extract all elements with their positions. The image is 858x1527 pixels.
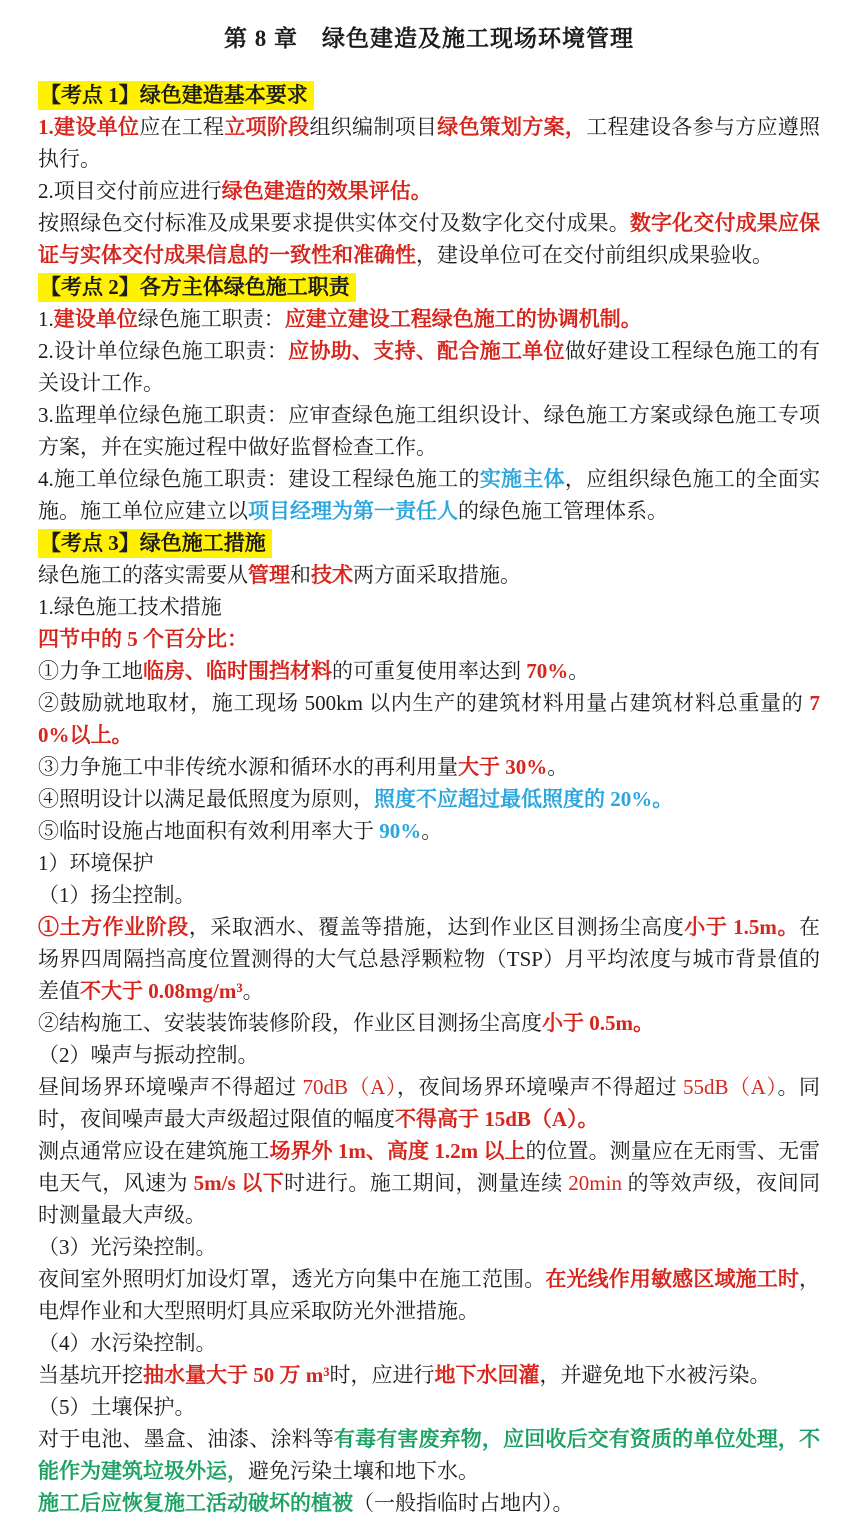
paragraph: ④照明设计以满足最低照度为原则，照度不应超过最低照度的 20%。 bbox=[38, 783, 820, 815]
text-run: ，夜间场界环境噪声不得超过 bbox=[397, 1075, 683, 1099]
paragraph: ③力争施工中非传统水源和循环水的再利用量大于 30%。 bbox=[38, 751, 820, 783]
text-run: ，并避免地下水被污染。 bbox=[540, 1363, 771, 1387]
text-run: 按照绿色交付标准及成果要求提供实体交付及数字化交付成果。 bbox=[38, 211, 630, 235]
text-run: ②鼓励就地取材，施工现场 500km 以内生产的建筑材料用量占建筑材料总重量的 bbox=[38, 691, 810, 715]
text-run: 组织编制项目 bbox=[309, 115, 437, 139]
text-run: 照度不应超过最低照度的 20%。 bbox=[374, 787, 673, 811]
text-run: （1）扬尘控制。 bbox=[38, 883, 196, 907]
keypoint-highlight: 【考点 2】各方主体绿色施工职责 bbox=[38, 273, 356, 302]
text-run: 小于 0.5m。 bbox=[542, 1011, 654, 1035]
document: 第 8 章 绿色建造及施工现场环境管理 【考点 1】绿色建造基本要求1.建设单位… bbox=[0, 0, 858, 1527]
text-run: 【考点 3】绿色施工措施 bbox=[40, 531, 266, 555]
text-run: 20min bbox=[568, 1171, 622, 1195]
text-run: 小于 1.5m。 bbox=[684, 915, 799, 939]
text-run: 四节中的 5 个百分比： bbox=[38, 627, 248, 651]
text-run: 和 bbox=[290, 563, 311, 587]
text-run: ⑤临时设施占地面积有效利用率大于 bbox=[38, 819, 379, 843]
paragraph: 夜间室外照明灯加设灯罩，透光方向集中在施工范围。在光线作用敏感区域施工时，电焊作… bbox=[38, 1263, 820, 1327]
text-run: 施工后应恢复施工活动破坏的植被 bbox=[38, 1491, 353, 1515]
text-run: 55dB（A） bbox=[683, 1075, 777, 1099]
text-run: 1）环境保护 bbox=[38, 851, 154, 875]
paragraph: 2.项目交付前应进行绿色建造的效果评估。 bbox=[38, 175, 820, 207]
text-run: 1.绿色施工技术措施 bbox=[38, 595, 222, 619]
text-run: 的绿色施工管理体系。 bbox=[458, 499, 668, 523]
document-body: 【考点 1】绿色建造基本要求1.建设单位应在工程立项阶段组织编制项目绿色策划方案… bbox=[38, 79, 820, 1519]
text-run: 2.设计单位绿色施工职责： bbox=[38, 339, 288, 363]
text-run: 项目经理为第一责任人 bbox=[248, 499, 458, 523]
paragraph: （5）土壤保护。 bbox=[38, 1391, 820, 1423]
page: { "colors": { "red": "#d7251c", "blue": … bbox=[0, 0, 858, 1527]
paragraph: （4）水污染控制。 bbox=[38, 1327, 820, 1359]
text-run: 应协助、支持、配合施工单位 bbox=[288, 339, 565, 363]
text-run: ①力争工地 bbox=[38, 659, 143, 683]
text-run: ③力争施工中非传统水源和循环水的再利用量 bbox=[38, 755, 458, 779]
paragraph: 3.监理单位绿色施工职责：应审查绿色施工组织设计、绿色施工方案或绿色施工专项方案… bbox=[38, 399, 820, 463]
paragraph: ①土方作业阶段，采取洒水、覆盖等措施，达到作业区目测扬尘高度小于 1.5m。在场… bbox=[38, 911, 820, 1007]
paragraph: （2）噪声与振动控制。 bbox=[38, 1039, 820, 1071]
text-run: 场界外 1m、高度 1.2m 以上 bbox=[269, 1139, 525, 1163]
text-run: 立项阶段 bbox=[224, 115, 309, 139]
page-title: 第 8 章 绿色建造及施工现场环境管理 bbox=[38, 22, 820, 55]
text-run: 当基坑开挖 bbox=[38, 1363, 143, 1387]
text-run: （一般指临时占地内）。 bbox=[353, 1491, 574, 1515]
text-run: ②结构施工、安装装饰装修阶段，作业区目测扬尘高度 bbox=[38, 1011, 542, 1035]
text-run: 地下水回灌 bbox=[435, 1363, 540, 1387]
text-run: 2.项目交付前应进行 bbox=[38, 179, 222, 203]
text-run: 应建立建设工程绿色施工的协调机制。 bbox=[285, 307, 642, 331]
paragraph: 昼间场界环境噪声不得超过 70dB（A），夜间场界环境噪声不得超过 55dB（A… bbox=[38, 1071, 820, 1135]
text-run: 时，应进行 bbox=[330, 1363, 435, 1387]
text-run: 。 bbox=[243, 979, 264, 1003]
text-run: 技术 bbox=[311, 563, 353, 587]
text-run: 。 bbox=[421, 819, 442, 843]
paragraph: 4.施工单位绿色施工职责：建设工程绿色施工的实施主体，应组织绿色施工的全面实施。… bbox=[38, 463, 820, 527]
keypoint-highlight: 【考点 1】绿色建造基本要求 bbox=[38, 81, 314, 110]
text-run: 【考点 1】绿色建造基本要求 bbox=[40, 83, 308, 107]
text-run: 1.建设单位 bbox=[38, 115, 139, 139]
paragraph: 施工后应恢复施工活动破坏的植被（一般指临时占地内）。 bbox=[38, 1487, 820, 1519]
paragraph: 1.建设单位绿色施工职责：应建立建设工程绿色施工的协调机制。 bbox=[38, 303, 820, 335]
text-run: 昼间场界环境噪声不得超过 bbox=[38, 1075, 303, 1099]
text-run: 夜间室外照明灯加设灯罩，透光方向集中在施工范围。 bbox=[38, 1267, 545, 1291]
paragraph: 2.设计单位绿色施工职责：应协助、支持、配合施工单位做好建设工程绿色施工的有关设… bbox=[38, 335, 820, 399]
keypoint-heading: 【考点 1】绿色建造基本要求 bbox=[38, 79, 820, 111]
text-run: 在光线作用敏感区域施工时 bbox=[545, 1267, 799, 1291]
paragraph: 当基坑开挖抽水量大于 50 万 m³时，应进行地下水回灌，并避免地下水被污染。 bbox=[38, 1359, 820, 1391]
text-run: 管理 bbox=[248, 563, 290, 587]
text-run: ，建设单位可在交付前组织成果验收。 bbox=[416, 243, 773, 267]
text-run: ①土方作业阶段 bbox=[38, 915, 189, 939]
text-run: （3）光污染控制。 bbox=[38, 1235, 217, 1259]
text-run: 对于电池、墨盒、油漆、涂料等 bbox=[38, 1427, 334, 1451]
text-run: 。 bbox=[547, 755, 568, 779]
paragraph: 1.建设单位应在工程立项阶段组织编制项目绿色策划方案，工程建设各参与方应遵照执行… bbox=[38, 111, 820, 175]
paragraph: 四节中的 5 个百分比： bbox=[38, 623, 820, 655]
paragraph: 绿色施工的落实需要从管理和技术两方面采取措施。 bbox=[38, 559, 820, 591]
paragraph: 按照绿色交付标准及成果要求提供实体交付及数字化交付成果。数字化交付成果应保证与实… bbox=[38, 207, 820, 271]
text-run: 【考点 2】各方主体绿色施工职责 bbox=[40, 275, 350, 299]
text-run: 绿色策划方案， bbox=[437, 115, 586, 139]
paragraph: 测点通常应设在建筑施工场界外 1m、高度 1.2m 以上的位置。测量应在无雨雪、… bbox=[38, 1135, 820, 1231]
text-run: 绿色施工的落实需要从 bbox=[38, 563, 248, 587]
text-run: 90% bbox=[379, 819, 421, 843]
keypoint-highlight: 【考点 3】绿色施工措施 bbox=[38, 529, 272, 558]
text-run: ④照明设计以满足最低照度为原则， bbox=[38, 787, 374, 811]
text-run: 3.监理单位绿色施工职责：应审查绿色施工组织设计、绿色施工方案或绿色施工专项方案… bbox=[38, 403, 820, 459]
text-run: 时进行。施工期间，测量连续 bbox=[284, 1171, 568, 1195]
text-run: 应在工程 bbox=[139, 115, 224, 139]
paragraph: （1）扬尘控制。 bbox=[38, 879, 820, 911]
text-run: 测点通常应设在建筑施工 bbox=[38, 1139, 269, 1163]
text-run: 不大于 0.08mg/m³ bbox=[80, 979, 243, 1003]
text-run: 大于 30% bbox=[458, 755, 547, 779]
text-run: 不得高于 15dB（A）。 bbox=[395, 1107, 599, 1131]
paragraph: 1）环境保护 bbox=[38, 847, 820, 879]
text-run: 建设单位 bbox=[54, 307, 138, 331]
text-run: ，采取洒水、覆盖等措施，达到作业区目测扬尘高度 bbox=[189, 915, 684, 939]
text-run: （2）噪声与振动控制。 bbox=[38, 1043, 259, 1067]
text-run: 。 bbox=[568, 659, 589, 683]
keypoint-heading: 【考点 3】绿色施工措施 bbox=[38, 527, 820, 559]
text-run: 绿色施工职责： bbox=[138, 307, 285, 331]
paragraph: ①力争工地临房、临时围挡材料的可重复使用率达到 70%。 bbox=[38, 655, 820, 687]
text-run: 1. bbox=[38, 307, 54, 331]
text-run: （5）土壤保护。 bbox=[38, 1395, 196, 1419]
text-run: （4）水污染控制。 bbox=[38, 1331, 217, 1355]
paragraph: 对于电池、墨盒、油漆、涂料等有毒有害废弃物，应回收后交有资质的单位处理，不能作为… bbox=[38, 1423, 820, 1487]
text-run: 70% bbox=[526, 659, 568, 683]
text-run: 的可重复使用率达到 bbox=[332, 659, 526, 683]
text-run: 5m/s 以下 bbox=[194, 1171, 285, 1195]
paragraph: ⑤临时设施占地面积有效利用率大于 90%。 bbox=[38, 815, 820, 847]
text-run: 两方面采取措施。 bbox=[353, 563, 521, 587]
paragraph: （3）光污染控制。 bbox=[38, 1231, 820, 1263]
text-run: 4.施工单位绿色施工职责：建设工程绿色施工的 bbox=[38, 467, 480, 491]
paragraph: ②结构施工、安装装饰装修阶段，作业区目测扬尘高度小于 0.5m。 bbox=[38, 1007, 820, 1039]
text-run: 70dB（A） bbox=[303, 1075, 397, 1099]
paragraph: ②鼓励就地取材，施工现场 500km 以内生产的建筑材料用量占建筑材料总重量的 … bbox=[38, 687, 820, 751]
text-run: 避免污染土壤和地下水。 bbox=[248, 1459, 479, 1483]
text-run: 实施主体 bbox=[480, 467, 565, 491]
text-run: 临房、临时围挡材料 bbox=[143, 659, 332, 683]
text-run: 抽水量大于 50 万 m³ bbox=[143, 1363, 330, 1387]
keypoint-heading: 【考点 2】各方主体绿色施工职责 bbox=[38, 271, 820, 303]
paragraph: 1.绿色施工技术措施 bbox=[38, 591, 820, 623]
text-run: 绿色建造的效果评估。 bbox=[222, 179, 432, 203]
